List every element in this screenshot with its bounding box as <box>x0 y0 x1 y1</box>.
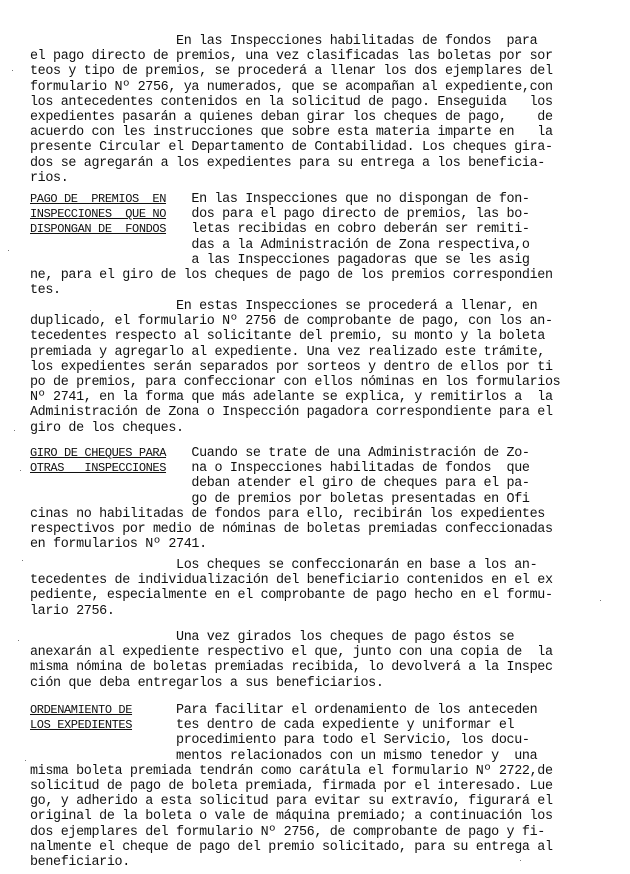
text-line: a las Inspecciones pagadoras que se les … <box>30 253 530 268</box>
text-line: Administración de Zona o Inspección paga… <box>30 405 553 420</box>
scan-speck <box>22 560 23 561</box>
text-line: acuerdo con les instrucciones que sobre … <box>30 125 553 140</box>
text-line: teos y tipo de premios, se procederá a l… <box>30 64 553 79</box>
text-line: tes dentro de cada expediente y uniforma… <box>30 718 514 733</box>
text-line: misma boleta premiada tendrán como carát… <box>30 764 553 779</box>
text-line: dos para el pago directo de premios, las… <box>30 207 530 222</box>
scan-speck <box>600 600 601 601</box>
text-line: solicitud de pago de boleta premiada, fi… <box>30 779 553 794</box>
text-line: formulario Nº 2756, ya numerados, que se… <box>30 80 553 95</box>
text-line: go de premios por boletas presentadas en… <box>30 492 530 507</box>
text-line: Cuando se trate de una Administración de… <box>30 446 530 461</box>
text-line: En las Inspecciones que no dispongan de … <box>30 192 530 207</box>
text-line: En las Inspecciones habilitadas de fondo… <box>30 34 537 49</box>
text-line: procedimiento para todo el Servicio, los… <box>30 733 530 748</box>
text-line: Para facilitar el ordenamiento de los an… <box>30 703 537 718</box>
text-line: dos se agregarán a los expedientes para … <box>30 156 545 171</box>
text-line: presente Circular el Departamento de Con… <box>30 140 553 155</box>
text-line: das a la Administración de Zona respecti… <box>30 238 530 253</box>
text-line: ción que deba entregarlos a sus benefici… <box>30 676 384 691</box>
text-line: los expedientes serán separados por sort… <box>30 360 553 375</box>
text-line: Nº 2741, en la forma que más adelante se… <box>30 390 553 405</box>
text-line: rios. <box>30 171 68 186</box>
scan-speck <box>25 760 26 761</box>
text-line: tecedentes respecto al solicitante del p… <box>30 329 545 344</box>
text-line: los antecedentes contenidos en la solici… <box>30 95 553 110</box>
scan-speck <box>470 110 471 111</box>
text-line: letas recibidas en cobro deberán ser rem… <box>30 222 530 237</box>
text-line: tes. <box>30 283 61 298</box>
scan-speck <box>20 470 21 471</box>
text-line: En estas Inspecciones se procederá a lle… <box>30 299 537 314</box>
text-line: lario 2756. <box>30 604 115 619</box>
text-line: beneficiario. <box>30 855 130 870</box>
text-line: po de premios, para confeccionar con ell… <box>30 375 560 390</box>
text-line: mentos relacionados con un mismo tenedor… <box>30 749 537 764</box>
text-line: respectivos por medio de nóminas de bole… <box>30 522 553 537</box>
scan-speck <box>160 770 161 771</box>
text-line: deban atender el giro de cheques para el… <box>30 476 530 491</box>
text-line: duplicado, el formulario Nº 2756 de comp… <box>30 314 553 329</box>
text-line: original de la boleta o vale de máquina … <box>30 809 553 824</box>
scan-speck <box>12 70 13 71</box>
text-line: premiada y agregarlo al expediente. Una … <box>30 345 545 360</box>
scan-speck <box>520 860 521 861</box>
text-line: expedientes pasarán a quienes deban gira… <box>30 110 553 125</box>
text-line: giro de los cheques. <box>30 421 184 436</box>
scan-speck <box>18 640 19 641</box>
text-line: go, y adherido a esta solicitud para evi… <box>30 794 553 809</box>
text-line: tecedentes de individualización del bene… <box>30 573 553 588</box>
text-line: ne, para el giro de los cheques de pago … <box>30 268 553 283</box>
text-line: nalmente el cheque de pago del premio so… <box>30 840 553 855</box>
text-line: misma nómina de boletas premiadas recibi… <box>30 660 553 675</box>
text-line: en formularios Nº 2741. <box>30 537 207 552</box>
scan-speck <box>14 430 15 431</box>
scan-speck <box>300 270 301 271</box>
text-line: Una vez girados los cheques de pago ésto… <box>30 630 514 645</box>
text-line: pediente, especialmente en el comprobant… <box>30 588 553 603</box>
scan-speck <box>90 310 91 311</box>
text-line: na o Inspecciones habilitadas de fondos … <box>30 461 530 476</box>
text-line: cinas no habilitadas de fondos para ello… <box>30 507 545 522</box>
text-line: el pago directo de premios, una vez clas… <box>30 49 553 64</box>
text-line: dos ejemplares del formulario Nº 2756, d… <box>30 825 545 840</box>
text-line: Los cheques se confeccionarán en base a … <box>30 558 537 573</box>
scan-speck <box>8 250 9 251</box>
text-line: anexarán al expediente respectivo el que… <box>30 645 553 660</box>
